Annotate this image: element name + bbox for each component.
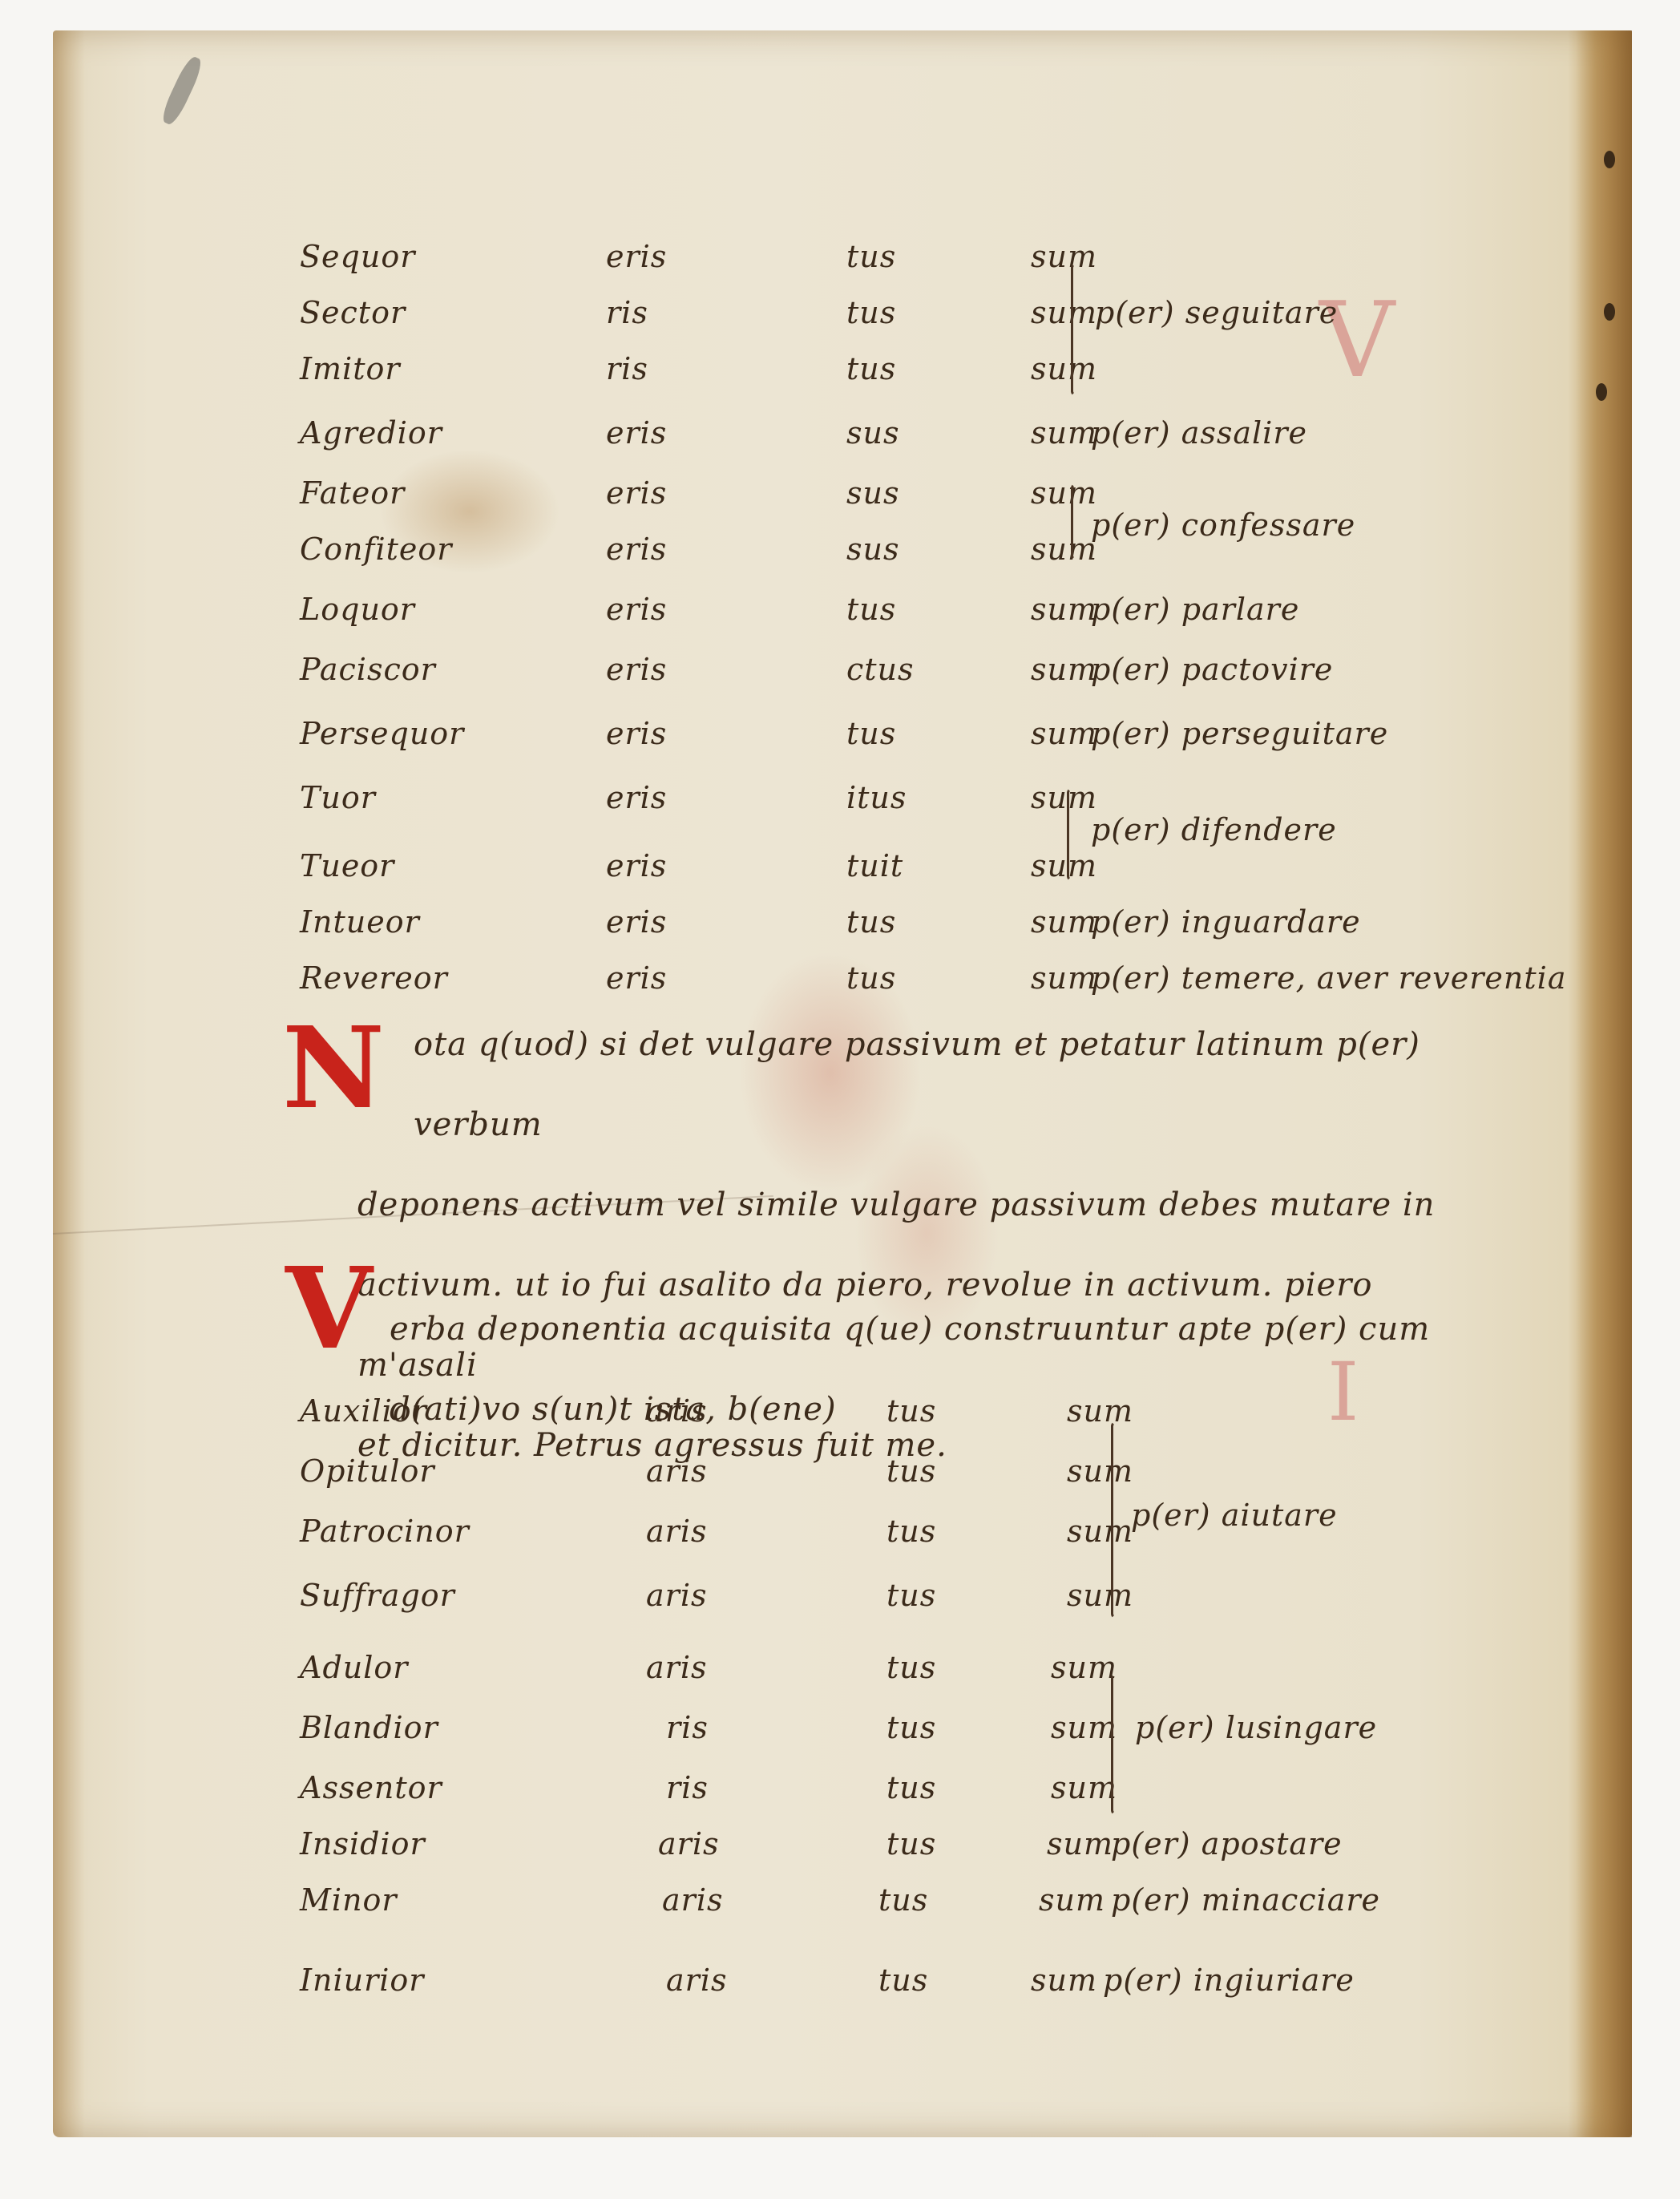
table-row: Loquor eris tus sum p(er) parlare xyxy=(53,592,1632,640)
form-a: ris xyxy=(666,1710,709,1745)
form-b: sus xyxy=(846,415,899,451)
form-b: tus xyxy=(846,295,896,330)
form-b: tus xyxy=(846,351,896,386)
table-row: Blandior ris tus sum p(er) lusingare xyxy=(53,1710,1632,1758)
gloss: p(er) parlare xyxy=(1091,592,1299,627)
text-line: ota q(uod) si det vulgare passivum et pe… xyxy=(357,1005,1448,1165)
gloss: p(er) ingiuriare xyxy=(1103,1963,1355,1998)
form-b: tus xyxy=(886,1650,936,1685)
gloss: p(er) minacciare xyxy=(1111,1882,1380,1918)
gloss: p(er) confessare xyxy=(1091,507,1355,543)
bracket xyxy=(1111,1674,1125,1815)
ink-smudge xyxy=(159,55,205,127)
lemma: Blandior xyxy=(300,1710,438,1745)
form-b: sus xyxy=(846,475,899,511)
form-b: itus xyxy=(846,780,907,815)
form-c: sum xyxy=(1039,1882,1105,1918)
form-a: eris xyxy=(606,475,667,511)
form-b: sus xyxy=(846,532,899,567)
form-b: ctus xyxy=(846,652,915,687)
lemma: Tuor xyxy=(300,780,376,815)
form-c: sum xyxy=(1031,592,1097,627)
lemma: Agredior xyxy=(300,415,442,451)
lemma: Persequor xyxy=(300,716,464,751)
form-c: sum xyxy=(1031,295,1097,330)
form-c: sum xyxy=(1031,1963,1097,1998)
form-b: tus xyxy=(886,1770,936,1805)
text-line: deponens activum vel simile vulgare pass… xyxy=(357,1165,1448,1245)
form-a: aris xyxy=(658,1826,719,1861)
table-row: Assentor ris tus sum xyxy=(53,1770,1632,1818)
form-a: aris xyxy=(666,1963,727,1998)
form-b: tus xyxy=(886,1710,936,1745)
form-a: eris xyxy=(606,848,667,883)
form-a: eris xyxy=(606,780,667,815)
lemma: Intueor xyxy=(300,904,420,940)
form-a: eris xyxy=(606,592,667,627)
form-b: tus xyxy=(846,592,896,627)
form-b: tus xyxy=(846,716,896,751)
form-b: tus xyxy=(878,1882,928,1918)
lemma: Insidior xyxy=(300,1826,426,1861)
form-c: sum xyxy=(1031,532,1097,567)
form-c: sum xyxy=(1031,415,1097,451)
form-a: eris xyxy=(606,960,667,996)
form-c: sum xyxy=(1031,848,1097,883)
form-c: sum xyxy=(1031,239,1097,274)
gloss: p(er) temere, aver reverentia xyxy=(1091,960,1566,996)
table-row: Minor aris tus sum p(er) minacciare xyxy=(53,1882,1632,1930)
form-a: aris xyxy=(646,1393,707,1429)
form-c: sum xyxy=(1031,960,1097,996)
lemma: Revereor xyxy=(300,960,448,996)
lemma: Patrocinor xyxy=(300,1514,470,1549)
form-c: sum xyxy=(1031,716,1097,751)
table-row: Fateor eris sus sum xyxy=(53,475,1632,523)
form-b: tus xyxy=(846,904,896,940)
table-row: Paciscor eris ctus sum p(er) pactovire xyxy=(53,652,1632,700)
lemma: Loquor xyxy=(300,592,415,627)
lemma: Opitulor xyxy=(300,1453,435,1489)
table-row: Persequor eris tus sum p(er) perseguitar… xyxy=(53,716,1632,764)
table-row: Sector ris tus sum p(er) seguitare xyxy=(53,295,1632,343)
form-a: ris xyxy=(666,1770,709,1805)
form-c: sum xyxy=(1031,652,1097,687)
form-a: eris xyxy=(606,716,667,751)
table-row: Tueor eris tuit sum p(er) difendere xyxy=(53,848,1632,896)
table-row: Adulor aris tus sum xyxy=(53,1650,1632,1698)
form-c: sum xyxy=(1031,780,1097,815)
table-row: Suffragor aris tus sum xyxy=(53,1578,1632,1626)
lemma: Confiteor xyxy=(300,532,452,567)
lemma: Sector xyxy=(300,295,406,330)
form-b: tus xyxy=(886,1514,936,1549)
table-row: Revereor eris tus sum p(er) temere, aver… xyxy=(53,960,1632,1009)
form-a: aris xyxy=(646,1453,707,1489)
table-row: Auxilior aris tus sum xyxy=(53,1393,1632,1441)
lemma: Minor xyxy=(300,1882,398,1918)
form-b: tus xyxy=(878,1963,928,1998)
table-row: Confiteor eris sus sum p(er) confessare xyxy=(53,532,1632,580)
lemma: Imitor xyxy=(300,351,401,386)
lemma: Sequor xyxy=(300,239,415,274)
gloss: p(er) seguitare xyxy=(1095,295,1338,330)
lemma: Suffragor xyxy=(300,1578,455,1613)
bracket xyxy=(1071,483,1084,560)
binding-hole xyxy=(1604,151,1615,168)
binding-edge xyxy=(1576,30,1632,2137)
form-a: aris xyxy=(662,1882,723,1918)
form-b: tus xyxy=(846,960,896,996)
lemma: Adulor xyxy=(300,1650,408,1685)
form-c: sum xyxy=(1051,1770,1117,1805)
form-a: aris xyxy=(646,1514,707,1549)
gloss: p(er) aiutare xyxy=(1131,1498,1338,1533)
bracket xyxy=(1071,263,1084,396)
form-a: ris xyxy=(606,295,648,330)
table-row: Insidior aris tus sum p(er) apostare xyxy=(53,1826,1632,1874)
table-row: Tuor eris itus sum xyxy=(53,780,1632,828)
form-a: eris xyxy=(606,239,667,274)
lemma: Tueor xyxy=(300,848,394,883)
form-b: tus xyxy=(886,1826,936,1861)
lemma: Assentor xyxy=(300,1770,442,1805)
form-a: ris xyxy=(606,351,648,386)
gloss: p(er) apostare xyxy=(1111,1826,1343,1861)
gloss: p(er) inguardare xyxy=(1091,904,1361,940)
form-a: eris xyxy=(606,904,667,940)
form-a: aris xyxy=(646,1650,707,1685)
table-row: Iniurior aris tus sum p(er) ingiuriare xyxy=(53,1963,1632,2011)
lemma: Paciscor xyxy=(300,652,436,687)
form-b: tuit xyxy=(846,848,903,883)
form-c: sum xyxy=(1031,475,1097,511)
table-row: Imitor ris tus sum xyxy=(53,351,1632,399)
gloss: p(er) assalire xyxy=(1091,415,1307,451)
form-a: aris xyxy=(646,1578,707,1613)
form-c: sum xyxy=(1031,351,1097,386)
table-row: Opitulor aris tus sum xyxy=(53,1453,1632,1502)
lemma: Fateor xyxy=(300,475,405,511)
gloss: p(er) pactovire xyxy=(1091,652,1333,687)
table-row: Patrocinor aris tus sum p(er) aiutare xyxy=(53,1514,1632,1562)
form-c: sum xyxy=(1047,1826,1113,1861)
table-row: Agredior eris sus sum p(er) assalire xyxy=(53,415,1632,463)
form-c: sum xyxy=(1051,1710,1117,1745)
form-a: eris xyxy=(606,415,667,451)
form-a: eris xyxy=(606,652,667,687)
form-c: sum xyxy=(1031,904,1097,940)
table-row: Sequor eris tus sum xyxy=(53,239,1632,287)
gloss: p(er) difendere xyxy=(1091,812,1337,847)
form-a: eris xyxy=(606,532,667,567)
bracket xyxy=(1067,788,1080,881)
gloss: p(er) lusingare xyxy=(1135,1710,1377,1745)
form-b: tus xyxy=(886,1578,936,1613)
gloss: p(er) perseguitare xyxy=(1091,716,1388,751)
manuscript-leaf: V I Sequor eris tus sum Sector ris tus s… xyxy=(53,30,1632,2137)
table-row: Intueor eris tus sum p(er) inguardare xyxy=(53,904,1632,952)
form-c: sum xyxy=(1051,1650,1117,1685)
form-b: tus xyxy=(846,239,896,274)
form-b: tus xyxy=(886,1393,936,1429)
lemma: Iniurior xyxy=(300,1963,424,1998)
form-b: tus xyxy=(886,1453,936,1489)
lemma: Auxilior xyxy=(300,1393,427,1429)
bracket xyxy=(1111,1421,1125,1619)
